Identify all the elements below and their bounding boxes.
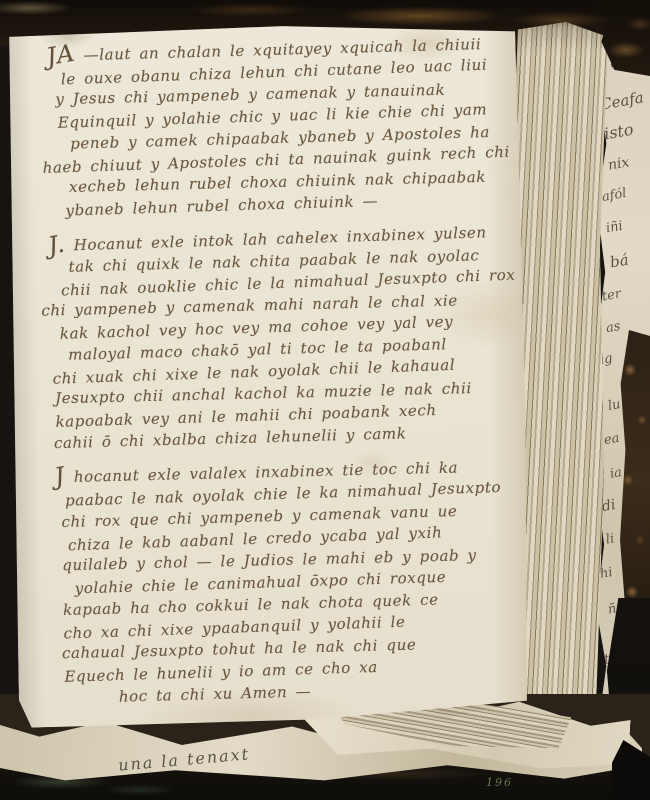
fragment-text: iñi (605, 219, 624, 237)
fragment-text: li (605, 531, 616, 547)
manuscript-line-text: hoc ta chi xu Amen — (119, 682, 312, 705)
fragment-text: afól (601, 186, 628, 205)
paragraph-mark-icon: J (53, 467, 66, 486)
fragment-text: bá (609, 251, 630, 272)
fragment-text: nix (607, 154, 631, 173)
paragraph-mark-icon: J. (47, 234, 66, 255)
fragment-text: as (605, 319, 622, 336)
paragraph-mark-icon: JA (45, 44, 76, 66)
underpage-scribble-text: 196 (486, 776, 513, 789)
manuscript-paragraph: J.Hocanut exle intok lah cahelex inxabin… (44, 223, 512, 452)
fragment-text: hi (599, 565, 614, 582)
fragment-text: ea (603, 431, 621, 448)
manuscript-paragraph: Jhocanut exle valalex inxabinex tie toc … (48, 456, 517, 707)
fragment-text: lu (607, 397, 622, 414)
fragment-text: ter (601, 286, 622, 304)
manuscript-page: 51 JA—laut an chalan le xquitayey xquica… (6, 20, 531, 728)
fragment-text: ia (609, 465, 623, 482)
manuscript-text-block: JA—laut an chalan le xquitayey xquicah l… (40, 34, 517, 707)
fragment-text: di (601, 497, 617, 515)
manuscript-photo: chüCeafaistonixafóliñibáterasiglueaiadil… (0, 0, 650, 800)
manuscript-paragraph: JA—laut an chalan le xquitayey xquicah l… (40, 34, 507, 219)
cover-marbled-patch (620, 330, 650, 630)
fragment-text: isto (603, 120, 635, 144)
